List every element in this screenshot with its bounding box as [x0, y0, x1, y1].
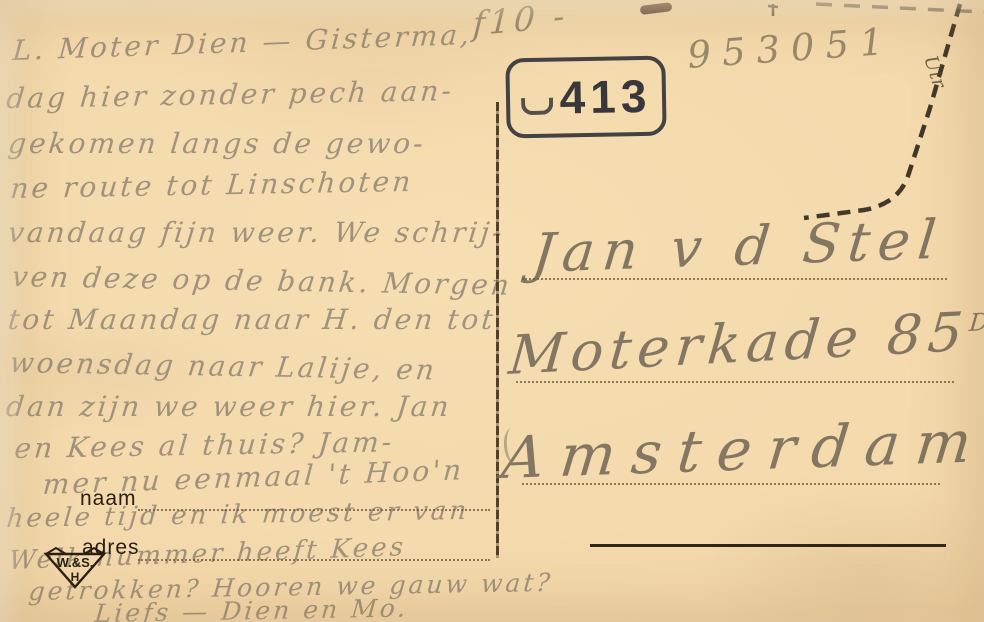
publisher-logo: W.&S. H [42, 546, 108, 590]
address-rule-2 [516, 381, 954, 383]
street-text: Moterkade 85 [506, 300, 971, 387]
message-line: heele tijd en ik moest er van [5, 496, 470, 534]
publisher-logo-text: W.&S. [57, 555, 94, 570]
postcard-back: L. Moter Dien — Gisterma, dag hier zonde… [0, 0, 984, 622]
address-rule-3 [522, 483, 940, 485]
price-note: f10 - [472, 0, 570, 43]
message-line: L. Moter Dien — Gisterma, [12, 18, 474, 67]
signature-line [590, 544, 946, 547]
name-dotted-line [138, 509, 490, 511]
message-line: ne route tot Linschoten [9, 165, 415, 205]
name-label: naam [80, 487, 137, 511]
message-signature: Liefs — Dien en Mo. [93, 594, 409, 622]
address-street-line: Moterkade 85D [506, 299, 984, 387]
postmark-text: Utr [919, 53, 951, 93]
postmark: Utr [620, 0, 984, 235]
house-number-suffix: D [968, 307, 984, 337]
message-line: tot Maandag naar H. den tot [7, 303, 498, 336]
message-line: gekomen langs de gewo- [7, 127, 428, 160]
stamp-partial-glyph [521, 97, 553, 115]
address-rule-1 [522, 278, 947, 280]
message-line: ven deze op de bank. Morgen [10, 260, 514, 302]
address-dotted-line [138, 559, 490, 561]
message-line: dan zijn we weer hier. Jan [5, 390, 454, 423]
message-line: woensdag naar Lalije, en [8, 346, 439, 386]
address-city-line: Amsterdam [499, 407, 984, 492]
message-line: dag hier zonder pech aan- [5, 74, 455, 115]
publisher-logo-text2: H [71, 570, 80, 584]
message-line: vandaag fijn weer. We schrij- [7, 216, 507, 249]
address-name-line: Jan v d Stel [529, 208, 947, 285]
